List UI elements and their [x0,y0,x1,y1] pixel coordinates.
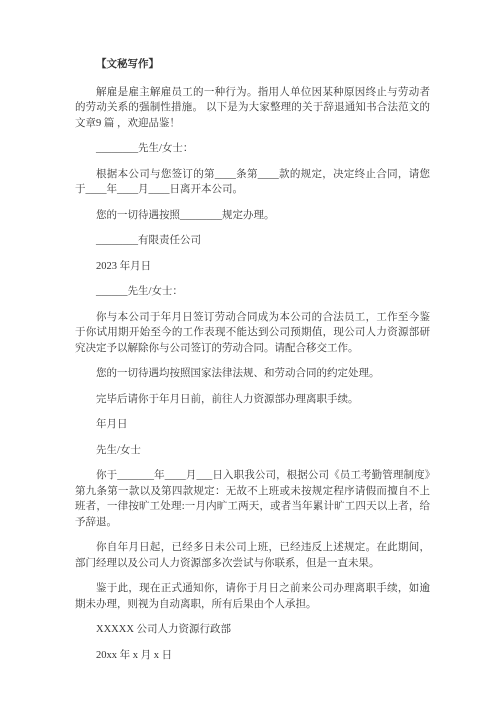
handover-deadline-paragraph: 完毕后请你于年月日前，前往人力资源部办理离职手续。 [75,392,430,408]
benefits-law-paragraph: 您的一切待遇均按照国家法律法规、和劳动合同的约定处理。 [75,366,430,382]
salutation-line-3: 先生/女士 [75,443,430,459]
contract-termination-paragraph: 根据本公司与您签订的第____条第____款的规定，决定终止合同，请您于____… [75,167,430,198]
attendance-policy-paragraph: 你于_______年____月___日入职我公司，根据公司《员工考勤管理制度》第… [75,468,430,530]
date-placeholder-line: 年月日 [75,417,430,433]
date-line-2023: 2023 年月日 [75,259,430,275]
salutation-blank-line-2: ______先生/女士： [75,284,430,300]
section-title: 【文秘写作】 [75,57,430,73]
benefits-paragraph: 您的一切待遇按照________规定办理。 [75,208,430,224]
date-line-20xx: 20xx 年 x 月 x 日 [75,648,430,664]
intro-paragraph: 解雇是雇主解雇员工的一种行为。指用人单位因某种原因终止与劳动者的劳动关系的强制性… [75,85,430,132]
salutation-blank-line: ________先生/女士： [75,141,430,157]
probation-termination-paragraph: 你与本公司于年月日签订劳动合同成为本公司的合法员工，工作至今鉴于你试用期开始至今… [75,310,430,357]
hr-department-signature: XXXXX 公司人力资源行政部 [75,622,430,638]
document-body: 【文秘写作】 解雇是雇主解雇员工的一种行为。指用人单位因某种原因终止与劳动者的劳… [75,57,430,673]
absence-violation-paragraph: 你自年月日起，已经多日未公司上班，已经违反上述规定。在此期间，部门经理以及公司人… [75,540,430,571]
final-notice-paragraph: 鉴于此，现在正式通知你，请你于月日之前来公司办理离职手续，如逾期未办理，则视为自… [75,581,430,612]
document-page: 【文秘写作】 解雇是雇主解雇员工的一种行为。指用人单位因某种原因终止与劳动者的劳… [0,0,500,707]
company-signature-line: ________有限责任公司 [75,233,430,249]
